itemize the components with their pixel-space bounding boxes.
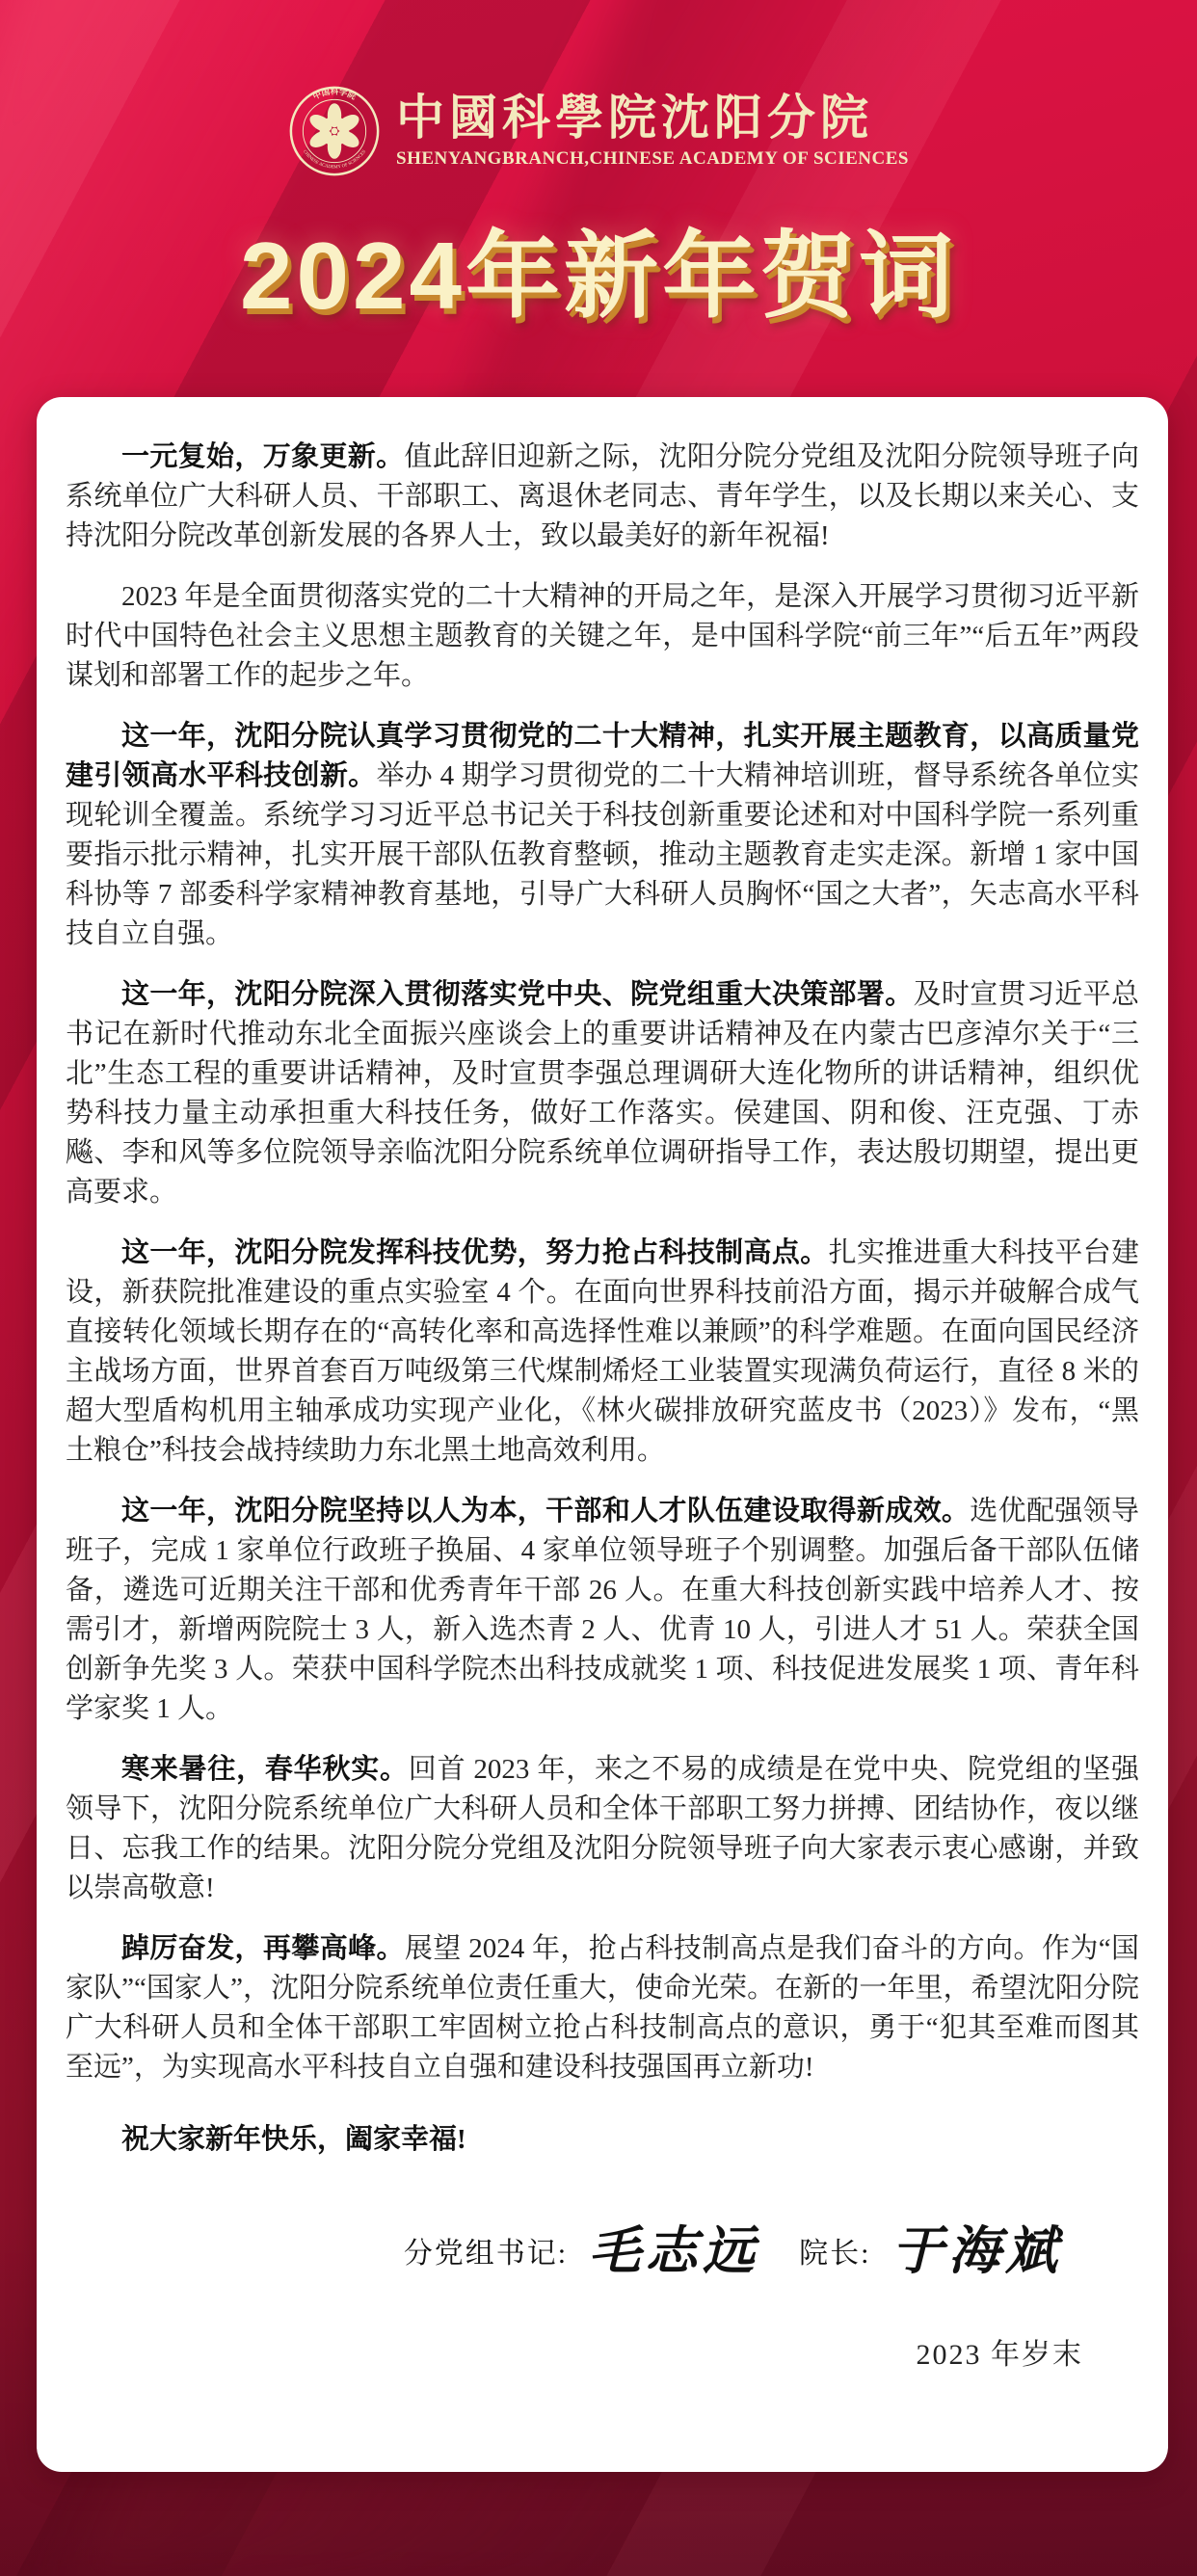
- paragraph-5-lead: 这一年，沈阳分院发挥科技优势，努力抢占科技制高点。: [121, 1237, 829, 1268]
- paragraph-3: 这一年，沈阳分院认真学习贯彻党的二十大精神，扎实开展主题教育，以高质量党建引领高…: [66, 717, 1139, 954]
- emblem-ring-text-cn: 中国科学院: [310, 86, 358, 102]
- cas-emblem-icon: 中国科学院 CHINESE ACADEMY OF SCIENCES: [288, 85, 381, 177]
- closing-wish: 祝大家新年快乐，阖家幸福!: [66, 2120, 1139, 2160]
- signature-role-president: 院长:: [799, 2238, 870, 2270]
- paragraph-8-lead: 踔厉奋发，再攀高峰。: [121, 1933, 405, 1964]
- paragraph-1: 一元复始，万象更新。值此辞旧迎新之际，沈阳分院分党组及沈阳分院领导班子向系统单位…: [66, 438, 1139, 556]
- paragraph-6-lead: 这一年，沈阳分院坚持以人为本，干部和人才队伍建设取得新成效。: [121, 1496, 970, 1527]
- page-title: 2024年新年贺词: [0, 200, 1197, 336]
- paragraph-6: 这一年，沈阳分院坚持以人为本，干部和人才队伍建设取得新成效。选优配强领导班子，完…: [66, 1492, 1139, 1729]
- paragraph-4-lead: 这一年，沈阳分院深入贯彻落实党中央、院党组重大决策部署。: [121, 979, 914, 1010]
- paragraph-6-body: 选优配强领导班子，完成 1 家单位行政班子换届、4 家单位领导班子个别调整。加强…: [66, 1496, 1139, 1724]
- paragraph-8: 踔厉奋发，再攀高峰。展望 2024 年，抢占科技制高点是我们奋斗的方向。作为“国…: [66, 1929, 1139, 2087]
- paragraph-4-body: 及时宣贯习近平总书记在新时代推动东北全面振兴座谈会上的重要讲话精神及在内蒙古巴彦…: [66, 979, 1139, 1208]
- letter-card: 一元复始，万象更新。值此辞旧迎新之际，沈阳分院分党组及沈阳分院领导班子向系统单位…: [37, 397, 1168, 2472]
- paragraph-5: 这一年，沈阳分院发挥科技优势，努力抢占科技制高点。扎实推进重大科技平台建设，新获…: [66, 1234, 1139, 1471]
- paragraph-7: 寒来暑往，春华秋实。回首 2023 年，来之不易的成绩是在党中央、院党组的坚强领…: [66, 1750, 1139, 1908]
- logo-name-en: SHENYANGBRANCH,CHINESE ACADEMY OF SCIENC…: [396, 148, 909, 170]
- paragraph-7-lead: 寒来暑往，春华秋实。: [121, 1754, 409, 1785]
- paragraph-2: 2023 年是全面贯彻落实党的二十大精神的开局之年，是深入开展学习贯彻习近平新时…: [66, 577, 1139, 696]
- cas-flower-icon: [306, 103, 361, 159]
- logo: 中国科学院 CHINESE ACADEMY OF SCIENCES 中國科學院沈…: [0, 85, 1197, 177]
- signature-row: 分党组书记: 毛志远 院长: 于海斌: [66, 2210, 1139, 2284]
- logo-text: 中國科學院沈阳分院 SHENYANGBRANCH,CHINESE ACADEMY…: [396, 93, 909, 171]
- signature-role-secretary: 分党组书记:: [404, 2238, 568, 2270]
- paragraph-5-body: 扎实推进重大科技平台建设，新获院批准建设的重点实验室 4 个。在面向世界科技前沿…: [66, 1237, 1139, 1466]
- signature-name-secretary: 毛志远: [589, 2210, 759, 2284]
- paragraph-1-lead: 一元复始，万象更新。: [121, 441, 404, 472]
- logo-name-cn: 中國科學院沈阳分院: [396, 93, 909, 144]
- paragraph-2-body: 2023 年是全面贯彻落实党的二十大精神的开局之年，是深入开展学习贯彻习近平新时…: [66, 581, 1139, 691]
- date-line: 2023 年岁末: [66, 2330, 1139, 2373]
- signature-name-president: 于海斌: [891, 2210, 1062, 2284]
- paragraph-4: 这一年，沈阳分院深入贯彻落实党中央、院党组重大决策部署。及时宣贯习近平总书记在新…: [66, 975, 1139, 1212]
- new-year-greeting-poster: 中国科学院 CHINESE ACADEMY OF SCIENCES 中國科學院沈…: [0, 0, 1197, 2576]
- svg-text:中国科学院: 中国科学院: [310, 86, 358, 102]
